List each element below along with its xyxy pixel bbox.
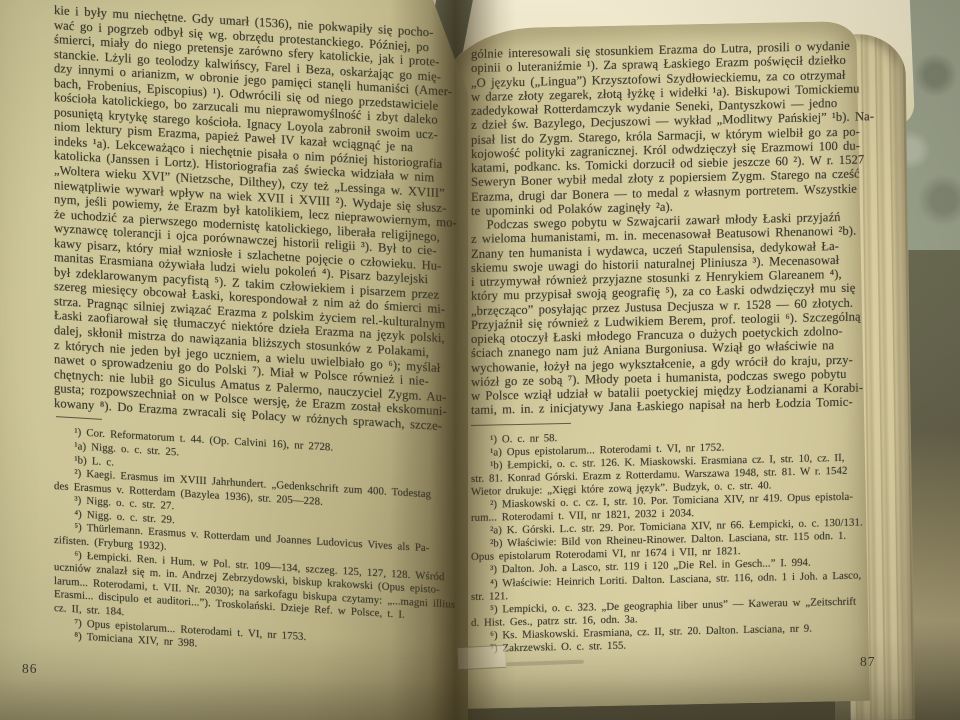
left-page-text: kie i były mu niechętne. Gdy umarł (1536… [54, 3, 478, 668]
left-page-footnotes: ¹) Cor. Reformatorum t. 44. (Op. Calvini… [54, 425, 478, 668]
right-page-footnotes: ¹) O. c. nr 58. ¹a) Opus epistolarum... … [471, 425, 873, 656]
footnote-divider [56, 416, 102, 420]
page-number-right: 87 [860, 654, 876, 670]
right-page-text: gólnie interesowali się stosunkiem Erazm… [471, 38, 873, 656]
page-number-left: 86 [22, 661, 38, 677]
footnote-divider [471, 422, 571, 425]
book-photo: kie i były mu niechętne. Gdy umarł (1536… [0, 0, 960, 720]
left-page-body: kie i były mu niechętne. Gdy umarł (1536… [54, 3, 478, 436]
pencil-mark [456, 645, 506, 671]
right-page-body: gólnie interesowali się stosunkiem Erazm… [471, 38, 873, 417]
